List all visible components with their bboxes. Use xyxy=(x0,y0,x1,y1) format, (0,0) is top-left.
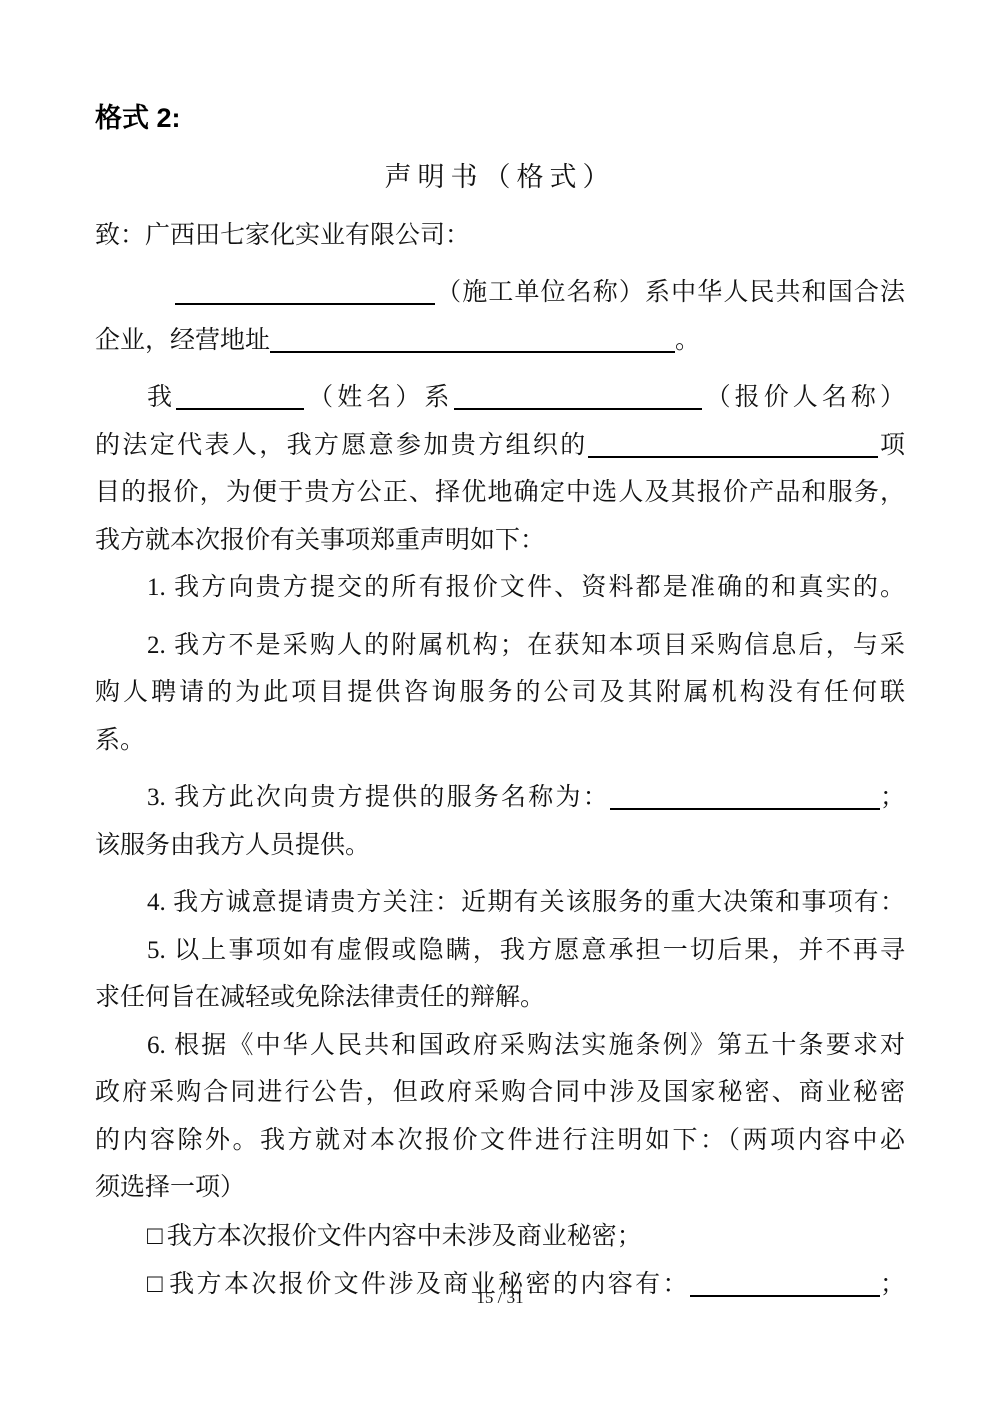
paragraph-item-3: 3. 我方此次向贵方提供的服务名称为：；该服务由我方人员提供。 xyxy=(95,774,905,869)
text-run: 目的报价，为便于贵方公正、择优地确定中选人及其报价产品和服务， xyxy=(95,479,905,506)
text-run: 系。 xyxy=(95,727,145,754)
fill-in-blank xyxy=(176,408,304,410)
text-line: 购人聘请的为此项目提供咨询服务的公司及其附属机构没有任何联 xyxy=(95,669,905,717)
text-line: 致：广西田七家化实业有限公司： xyxy=(95,212,905,260)
fill-in-blank xyxy=(270,351,675,353)
text-line: 该服务由我方人员提供。 xyxy=(95,822,905,870)
paragraph-company-declaration: （施工单位名称）系中华人民共和国合法企业，经营地址。 xyxy=(95,269,905,364)
text-line: 1. 我方向贵方提交的所有报价文件、资料都是准确的和真实的。 xyxy=(95,564,905,612)
text-run: 5. 以上事项如有虚假或隐瞒，我方愿意承担一切后果，并不再寻 xyxy=(147,937,905,964)
text-line: 系。 xyxy=(95,717,905,765)
text-run: 政府采购合同进行公告，但政府采购合同中涉及国家秘密、商业秘密 xyxy=(95,1079,905,1106)
text-run: 该服务由我方人员提供。 xyxy=(95,832,370,859)
text-line: 的法定代表人，我方愿意参加贵方组织的项 xyxy=(95,422,905,470)
text-line: 须选择一项） xyxy=(95,1164,905,1212)
text-run: ； xyxy=(880,784,905,811)
text-line: 3. 我方此次向贵方提供的服务名称为：； xyxy=(95,774,905,822)
text-line: 我方就本次报价有关事项郑重声明如下： xyxy=(95,517,905,565)
text-run: 6. 根据《中华人民共和国政府采购法实施条例》第五十条要求对 xyxy=(147,1032,905,1059)
format-label: 格式 2: xyxy=(95,98,905,138)
text-run: 4. 我方诚意提请贵方关注：近期有关该服务的重大决策和事项有： xyxy=(147,889,905,916)
text-line: 6. 根据《中华人民共和国政府采购法实施条例》第五十条要求对 xyxy=(95,1022,905,1070)
paragraph-addressee: 致：广西田七家化实业有限公司： xyxy=(95,212,905,260)
text-run: （施工单位名称）系中华人民共和国合法 xyxy=(435,279,905,306)
text-line: 的内容除外。我方就对本次报价文件进行注明如下：（两项内容中必 xyxy=(95,1117,905,1165)
paragraph-legal-representative: 我（姓名）系（报价人名称）的法定代表人，我方愿意参加贵方组织的项目的报价，为便于… xyxy=(95,374,905,564)
document-page: 格式 2: 声明书（格式） 致：广西田七家化实业有限公司：（施工单位名称）系中华… xyxy=(0,0,1000,1414)
text-run: 3. 我方此次向贵方提供的服务名称为： xyxy=(147,784,610,811)
text-run: 2. 我方不是采购人的附属机构；在获知本项目采购信息后，与采 xyxy=(147,632,905,659)
text-line: 求任何旨在减轻或免除法律责任的辩解。 xyxy=(95,974,905,1022)
text-line: 企业，经营地址。 xyxy=(95,317,905,365)
text-run: 的内容除外。我方就对本次报价文件进行注明如下：（两项内容中必 xyxy=(95,1127,905,1154)
fill-in-blank xyxy=(454,408,702,410)
text-run: 的法定代表人，我方愿意参加贵方组织的 xyxy=(95,432,588,459)
paragraph-item-4: 4. 我方诚意提请贵方关注：近期有关该服务的重大决策和事项有： xyxy=(95,879,905,927)
paragraph-item-5: 5. 以上事项如有虚假或隐瞒，我方愿意承担一切后果，并不再寻求任何旨在减轻或免除… xyxy=(95,927,905,1022)
checkbox-icon: □ xyxy=(147,1212,163,1260)
text-run: 。 xyxy=(675,327,700,354)
text-line: 目的报价，为便于贵方公正、择优地确定中选人及其报价产品和服务， xyxy=(95,469,905,517)
text-run: （报价人名称） xyxy=(702,384,905,411)
fill-in-blank xyxy=(588,456,878,458)
paragraph-checkbox-no-business-secret: □我方本次报价文件内容中未涉及商业秘密； xyxy=(95,1212,905,1261)
text-line: 政府采购合同进行公告，但政府采购合同中涉及国家秘密、商业秘密 xyxy=(95,1069,905,1117)
document-content: 格式 2: 声明书（格式） 致：广西田七家化实业有限公司：（施工单位名称）系中华… xyxy=(0,0,1000,1309)
fill-in-blank xyxy=(610,808,880,810)
text-run: 我方本次报价文件内容中未涉及商业秘密； xyxy=(167,1223,642,1250)
text-run: 须选择一项） xyxy=(95,1174,245,1201)
text-line: □我方本次报价文件内容中未涉及商业秘密； xyxy=(95,1212,905,1261)
text-run: 项 xyxy=(878,432,905,459)
text-line: 4. 我方诚意提请贵方关注：近期有关该服务的重大决策和事项有： xyxy=(95,879,905,927)
paragraph-item-6: 6. 根据《中华人民共和国政府采购法实施条例》第五十条要求对政府采购合同进行公告… xyxy=(95,1022,905,1212)
text-run: 企业，经营地址 xyxy=(95,327,270,354)
fill-in-blank xyxy=(175,303,435,305)
text-run: （姓名）系 xyxy=(304,384,453,411)
text-line: 我（姓名）系（报价人名称） xyxy=(95,374,905,422)
text-line: 5. 以上事项如有虚假或隐瞒，我方愿意承担一切后果，并不再寻 xyxy=(95,927,905,975)
text-run: 我方就本次报价有关事项郑重声明如下： xyxy=(95,527,545,554)
text-run: 致：广西田七家化实业有限公司： xyxy=(95,222,470,249)
paragraph-item-1: 1. 我方向贵方提交的所有报价文件、资料都是准确的和真实的。 xyxy=(95,564,905,612)
paragraph-item-2: 2. 我方不是采购人的附属机构；在获知本项目采购信息后，与采购人聘请的为此项目提… xyxy=(95,622,905,765)
text-line: 2. 我方不是采购人的附属机构；在获知本项目采购信息后，与采 xyxy=(95,622,905,670)
text-run: 购人聘请的为此项目提供咨询服务的公司及其附属机构没有任何联 xyxy=(95,679,905,706)
page-title: 声明书（格式） xyxy=(95,154,905,202)
text-run: 我 xyxy=(147,384,176,411)
text-run: 1. 我方向贵方提交的所有报价文件、资料都是准确的和真实的。 xyxy=(147,574,905,601)
text-run: 求任何旨在减轻或免除法律责任的辩解。 xyxy=(95,984,545,1011)
document-body: 致：广西田七家化实业有限公司：（施工单位名称）系中华人民共和国合法企业，经营地址… xyxy=(95,212,905,1309)
text-line: （施工单位名称）系中华人民共和国合法 xyxy=(95,269,905,317)
page-number: 15 / 31 xyxy=(0,1288,1000,1308)
